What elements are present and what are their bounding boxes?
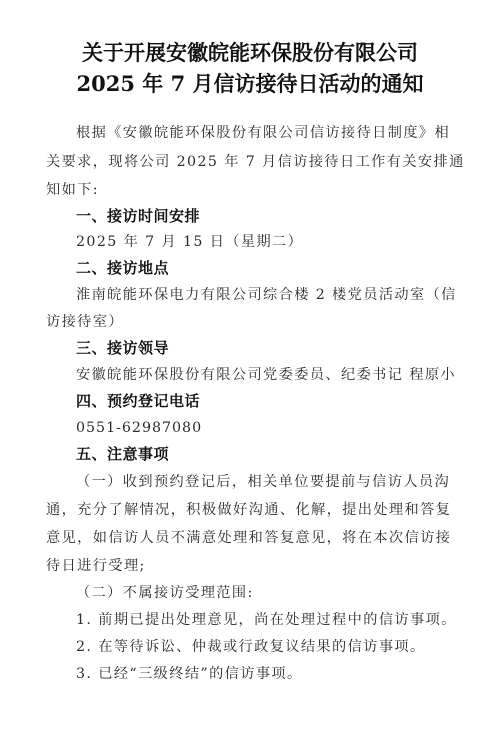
document-title-line-1: 关于开展安徽皖能环保股份有限公司 [0,37,500,67]
visit-location-line-2: 访接待室） [46,312,124,332]
intro-paragraph-line-1: 根据《安徽皖能环保股份有限公司信访接待日制度》相 [76,123,450,143]
visit-date: 2025 年 7 月 15 日（星期二） [76,232,303,252]
exclusion-item-3: 3. 已经“三级终结”的信访事项。 [76,664,303,684]
note-2-heading: （二）不属接访受理范围: [76,583,254,603]
visit-location-line-1: 淮南皖能环保电力有限公司综合楼 2 楼党员活动室（信 [76,285,457,305]
section-heading-phone: 四、预约登记电话 [76,391,200,411]
intro-paragraph-line-2: 关要求，现将公司 2025 年 7 月信访接待日工作有关安排通 [46,152,465,172]
note-1-line-1: （一）收到预约登记后，相关单位要提前与信访人员沟 [76,472,450,492]
exclusion-item-1: 1. 前期已提出处理意见，尚在处理过程中的信访事项。 [76,610,457,630]
note-1-line-2: 通，充分了解情况，积极做好沟通、化解，提出处理和答复 [46,500,451,520]
intro-paragraph-line-3: 知如下: [46,180,99,200]
reception-leader: 安徽皖能环保股份有限公司党委委员、纪委书记 程原小 [76,365,456,385]
section-heading-time: 一、接访时间安排 [76,206,200,226]
section-heading-location: 二、接访地点 [76,258,169,278]
section-heading-notes: 五、注意事项 [76,444,169,464]
section-heading-leader: 三、接访领导 [76,338,169,358]
notice-document: 关于开展安徽皖能环保股份有限公司 2025 年 7 月信访接待日活动的通知 根据… [0,0,500,744]
note-1-line-3: 意见，如信访人员不满意处理和答复意见，将在本次信访接 [46,528,451,548]
appointment-phone: 0551-62987080 [76,418,202,438]
note-1-line-4: 待日进行受理; [46,556,146,576]
document-title-line-2: 2025 年 7 月信访接待日活动的通知 [0,68,500,98]
exclusion-item-2: 2. 在等待诉讼、仲裁或行政复议结果的信访事项。 [76,637,426,657]
